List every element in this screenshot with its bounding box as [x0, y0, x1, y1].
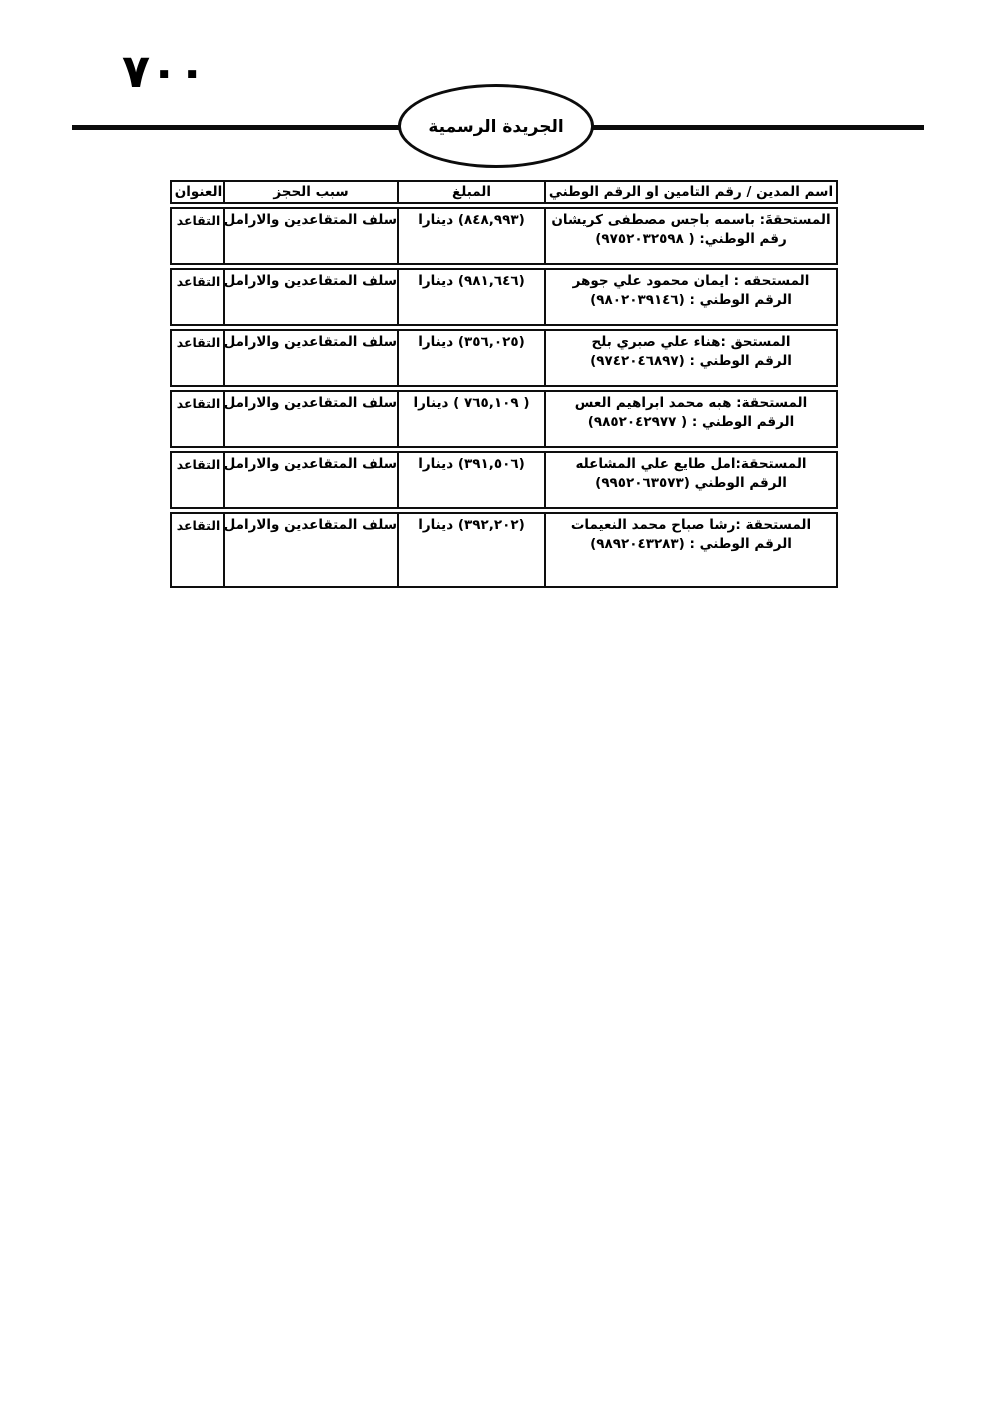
debtor-national-id: الرقم الوطني : ( ٩٨٥٢٠٤٢٩٧٧) — [546, 413, 836, 432]
seizure-reason-cell: سلف المتقاعدين والارامل — [225, 392, 399, 446]
address-cell: التقاعد — [174, 514, 225, 586]
debtor-name-cell: المستحقة :رشا صباح محمد النعيمات الرقم ا… — [546, 514, 836, 586]
debtor-national-id: الرقم الوطني : (٩٨٩٢٠٤٣٢٨٣) — [546, 535, 836, 554]
amount-cell: ( ٧٦٥,١٠٩ ) دينارا — [399, 392, 546, 446]
debtor-name-line1: المستحقة:امل طايع علي المشاعله — [546, 455, 836, 474]
amount-cell: (٣٩٢,٢٠٢) دينارا — [399, 514, 546, 586]
debtor-name-cell: المستحقة: هبه محمد ابراهيم العس الرقم ال… — [546, 392, 836, 446]
table-row: المستحقة: هبه محمد ابراهيم العس الرقم ال… — [170, 390, 838, 448]
table-header-row: اسم المدين / رقم التامين او الرقم الوطني… — [170, 180, 838, 204]
gazette-page: ٧٠٠ الجريدة الرسمية اسم المدين / رقم الت… — [0, 0, 1000, 1414]
debtor-name-line1: المستحق :هناء علي صبري بلح — [546, 333, 836, 352]
address-cell: التقاعد — [174, 453, 225, 507]
debtor-national-id: الرقم الوطني : (٩٨٠٢٠٣٩١٤٦) — [546, 291, 836, 310]
debtor-name-cell: المستحق :هناء علي صبري بلح الرقم الوطني … — [546, 331, 836, 385]
address-cell: التقاعد — [174, 392, 225, 446]
debtor-name-line1: المستحقة :رشا صباح محمد النعيمات — [546, 516, 836, 535]
amount-cell: (٩٨١,٦٤٦) دينارا — [399, 270, 546, 324]
seizure-table: اسم المدين / رقم التامين او الرقم الوطني… — [170, 180, 838, 588]
amount-cell: (٣٩١,٥٠٦) دينارا — [399, 453, 546, 507]
debtor-name-cell: المستحقةَ: باسمه باجس مصطفى كريشان رقم ا… — [546, 209, 836, 263]
seizure-reason-cell: سلف المتقاعدين والارامل — [225, 270, 399, 324]
debtor-national-id: الرقم الوطني : (٩٧٤٢٠٤٦٨٩٧) — [546, 352, 836, 371]
debtor-national-id: رقم الوطني: ( ٩٧٥٢٠٣٢٥٩٨) — [546, 230, 836, 249]
debtor-name-cell: المستحقة:امل طايع علي المشاعله الرقم الو… — [546, 453, 836, 507]
address-cell: التقاعد — [174, 331, 225, 385]
seizure-reason-cell: سلف المتقاعدين والارامل — [225, 453, 399, 507]
amount-cell: (٨٤٨,٩٩٣) دينارا — [399, 209, 546, 263]
debtor-name-cell: المستحقه : ايمان محمود علي جوهر الرقم ال… — [546, 270, 836, 324]
page-number: ٧٠٠ — [122, 44, 206, 98]
seizure-reason-cell: سلف المتقاعدين والارامل — [225, 331, 399, 385]
header-amount: المبلغ — [399, 182, 546, 202]
debtor-name-line1: المستحقةَ: باسمه باجس مصطفى كريشان — [546, 211, 836, 230]
address-cell: التقاعد — [174, 270, 225, 324]
gazette-title: الجريدة الرسمية — [428, 115, 563, 137]
table-row: المستحقه : ايمان محمود علي جوهر الرقم ال… — [170, 268, 838, 326]
table-row: المستحقة :رشا صباح محمد النعيمات الرقم ا… — [170, 512, 838, 588]
gazette-seal: الجريدة الرسمية — [398, 84, 594, 168]
header-address: العنوان — [174, 182, 225, 202]
amount-cell: (٣٥٦,٠٢٥) دينارا — [399, 331, 546, 385]
table-row: المستحق :هناء علي صبري بلح الرقم الوطني … — [170, 329, 838, 387]
header-debtor-name: اسم المدين / رقم التامين او الرقم الوطني — [546, 182, 836, 202]
table-row: المستحقةَ: باسمه باجس مصطفى كريشان رقم ا… — [170, 207, 838, 265]
address-cell: التقاعد — [174, 209, 225, 263]
debtor-national-id: الرقم الوطني (٩٩٥٢٠٦٣٥٧٣) — [546, 474, 836, 493]
seizure-reason-cell: سلف المتقاعدين والارامل — [225, 209, 399, 263]
header-seizure-reason: سبب الحجز — [225, 182, 399, 202]
seizure-reason-cell: سلف المتقاعدين والارامل — [225, 514, 399, 586]
debtor-name-line1: المستحقه : ايمان محمود علي جوهر — [546, 272, 836, 291]
debtor-name-line1: المستحقة: هبه محمد ابراهيم العس — [546, 394, 836, 413]
table-row: المستحقة:امل طايع علي المشاعله الرقم الو… — [170, 451, 838, 509]
